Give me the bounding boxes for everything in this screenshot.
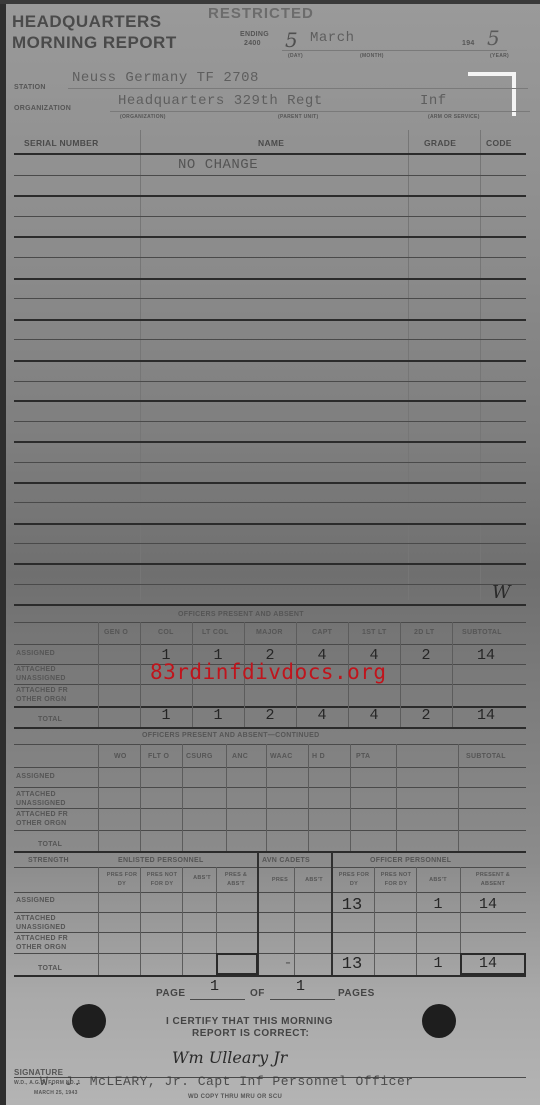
row-total-strength: TOTAL — [38, 965, 62, 972]
page-number: 1 — [210, 978, 219, 995]
certify-line-1: I CERTIFY THAT THIS MORNING — [166, 1016, 333, 1027]
col-wo: WO — [114, 753, 127, 760]
total-subtotal: 14 — [466, 707, 506, 724]
rule — [14, 892, 526, 893]
total-1st-lt: 4 — [354, 707, 394, 724]
classification-stamp: RESTRICTED — [208, 5, 314, 22]
col-divider — [396, 744, 397, 851]
col-divider — [98, 622, 99, 727]
row-assigned-strength: ASSIGNED — [16, 897, 55, 904]
col-off-abst: ABS'T — [418, 877, 458, 883]
ending-time: 2400 — [244, 40, 261, 47]
col-divider — [374, 867, 375, 975]
total-off-abst: 1 — [418, 955, 458, 972]
total-capt: 4 — [302, 707, 342, 724]
rule — [14, 421, 526, 422]
rule — [14, 175, 526, 176]
row-total-continued: TOTAL — [38, 841, 62, 848]
col-divider — [458, 744, 459, 851]
certify-line-2: REPORT IS CORRECT: — [192, 1028, 309, 1039]
margin-mark: W — [492, 582, 511, 603]
roster-entry: NO CHANGE — [178, 157, 258, 173]
rule — [14, 975, 526, 977]
col-name: NAME — [258, 138, 284, 148]
total-col: 1 — [146, 707, 186, 724]
year-sublabel: (YEAR) — [490, 53, 509, 59]
strength-label: STRENGTH — [28, 857, 69, 864]
page-label: PAGE — [156, 988, 186, 999]
of-label: OF — [250, 988, 265, 999]
rule — [14, 953, 526, 954]
col-divider — [182, 867, 183, 975]
col-enl-abst: ABS'T — [184, 875, 220, 881]
col-enl-pres-not-for-dy: PRES NOT FOR DY — [144, 871, 180, 889]
handwritten-signature: Wm Ulleary Jr — [172, 1048, 287, 1067]
rule — [14, 153, 526, 155]
col-divider — [400, 622, 401, 727]
roster-divider — [140, 130, 141, 600]
col-divider — [182, 744, 183, 851]
col-divider — [452, 622, 453, 727]
rule — [14, 462, 526, 463]
day-sublabel: (DAY) — [288, 53, 303, 59]
assigned-off-present-absent: 14 — [468, 896, 508, 913]
rule — [14, 787, 526, 788]
form-date: MARCH 25, 1943 — [34, 1090, 78, 1096]
rule — [14, 563, 526, 565]
col-enl-pres-for-dy: PRES FOR DY — [104, 871, 140, 889]
col-divider — [98, 744, 99, 851]
rule — [14, 851, 526, 853]
total-lt-col: 1 — [198, 707, 238, 724]
rule — [14, 932, 526, 933]
row-attached-unassigned: ATTACHED UNASSIGNED — [16, 665, 96, 683]
row-assigned: ASSIGNED — [16, 650, 55, 657]
row-attached-unassigned-strength: ATTACHED UNASSIGNED — [16, 914, 96, 932]
corner-mark — [468, 72, 516, 116]
col-divider — [98, 867, 99, 975]
col-divider — [308, 744, 309, 851]
col-col: COL — [158, 629, 174, 636]
rule — [14, 604, 526, 606]
total-avn-pres: - — [268, 955, 308, 972]
rule — [14, 867, 526, 868]
row-attached-fr-other: ATTACHED FR OTHER ORGN — [16, 686, 96, 704]
col-enl-pres-abst: PRES & ABS'T — [218, 871, 254, 889]
row-attached-fr-other-strength: ATTACHED FR OTHER ORGN — [16, 934, 96, 952]
col-subtotal-continued: SUBTOTAL — [466, 753, 506, 760]
col-capt: CAPT — [312, 629, 332, 636]
report-year: 5 — [487, 26, 500, 50]
rule — [14, 830, 526, 831]
col-hd: H D — [312, 753, 325, 760]
col-csurg: CSURG — [186, 753, 213, 760]
rule — [14, 584, 526, 585]
title-morning-report: MORNING REPORT — [12, 33, 177, 53]
rule — [14, 502, 526, 503]
total-major: 2 — [250, 707, 290, 724]
group-enlisted: ENLISTED PERSONNEL — [118, 857, 204, 864]
col-grade: GRADE — [424, 138, 456, 148]
morning-report-document: HEADQUARTERS MORNING REPORT RESTRICTED E… — [0, 0, 540, 1105]
station-label: STATION — [14, 84, 46, 91]
rule — [14, 257, 526, 258]
date-underline — [282, 50, 507, 51]
page-underline — [190, 999, 245, 1000]
organization-underline — [110, 111, 530, 112]
rule — [14, 195, 526, 197]
assigned-subtotal: 14 — [466, 647, 506, 664]
total-enl-pres-abst-box — [216, 953, 258, 975]
col-serial-number: SERIAL NUMBER — [24, 138, 99, 148]
title-headquarters: HEADQUARTERS — [12, 12, 162, 32]
rule — [14, 744, 526, 745]
organization-label: ORGANIZATION — [14, 105, 71, 112]
col-flt-o: FLT O — [148, 753, 169, 760]
rule — [14, 808, 526, 809]
arm-sublabel: (ARM OR SERVICE) — [428, 114, 480, 120]
punch-hole-right — [422, 1004, 456, 1038]
rule — [14, 441, 526, 443]
col-divider — [226, 744, 227, 851]
pages-underline — [270, 999, 335, 1000]
col-off-present-absent: PRESENT & ABSENT — [464, 871, 522, 889]
col-lt-col: LT COL — [202, 629, 229, 636]
total-off-present-absent: 14 — [468, 955, 508, 972]
col-off-pres-for-dy: PRES FOR DY — [334, 871, 374, 889]
pages-label: PAGES — [338, 988, 375, 999]
organization-value: Headquarters 329th Regt — [118, 93, 323, 109]
rule — [14, 298, 526, 299]
org-sublabel: (ORGANIZATION) — [120, 114, 166, 120]
group-avn-cadets: AVN CADETS — [262, 857, 310, 864]
row-assigned-continued: ASSIGNED — [16, 773, 55, 780]
col-code: CODE — [486, 138, 512, 148]
report-month: March — [310, 30, 355, 46]
group-officer: OFFICER PERSONNEL — [370, 857, 451, 864]
roster-divider — [408, 130, 409, 600]
ending-label: ENDING — [240, 31, 269, 38]
row-attached-fr-other-continued: ATTACHED FR OTHER ORGN — [16, 810, 96, 828]
rule — [14, 381, 526, 382]
col-subtotal: SUBTOTAL — [462, 629, 502, 636]
row-attached-unassigned-continued: ATTACHED UNASSIGNED — [16, 790, 96, 808]
pages-total: 1 — [296, 978, 305, 995]
officers-continued-title: OFFICERS PRESENT AND ABSENT—CONTINUED — [142, 732, 319, 739]
col-divider — [416, 867, 417, 975]
assigned-off-pres-for-dy: 13 — [332, 896, 372, 915]
col-2d-lt: 2D LT — [414, 629, 434, 636]
col-anc: ANC — [232, 753, 248, 760]
rule — [14, 543, 526, 544]
col-divider — [350, 744, 351, 851]
col-avn-pres: PRES — [262, 877, 298, 883]
rule — [14, 684, 526, 685]
assigned-off-abst: 1 — [418, 896, 458, 913]
col-divider — [140, 867, 141, 975]
rule — [14, 400, 526, 402]
month-sublabel: (MONTH) — [360, 53, 384, 59]
officers-table-title: OFFICERS PRESENT AND ABSENT — [178, 611, 304, 618]
watermark: 83rdinfdivdocs.org — [150, 660, 387, 684]
rule — [14, 319, 526, 321]
col-divider — [266, 744, 267, 851]
organization-arm: Inf — [420, 93, 447, 109]
col-divider — [140, 744, 141, 851]
rule — [14, 767, 526, 768]
station-underline — [68, 88, 528, 89]
col-1st-lt: 1ST LT — [362, 629, 387, 636]
assigned-2d-lt: 2 — [406, 647, 446, 664]
rule — [14, 216, 526, 217]
total-2d-lt: 2 — [406, 707, 446, 724]
form-id: W.D., A.G.O. Form No. 1 — [14, 1080, 80, 1086]
rule — [14, 482, 526, 484]
col-pta: PTA — [356, 753, 370, 760]
rule — [14, 622, 526, 623]
rule — [14, 727, 526, 729]
rule — [14, 360, 526, 362]
col-waac: WAAC — [270, 753, 293, 760]
rule — [14, 278, 526, 280]
report-day: 5 — [285, 28, 298, 52]
rule — [14, 523, 526, 525]
parent-sublabel: (PARENT UNIT) — [278, 114, 318, 120]
year-label: 194 — [462, 40, 475, 47]
col-major: MAJOR — [256, 629, 283, 636]
rule — [14, 236, 526, 238]
col-off-pres-not-for-dy: PRES NOT FOR DY — [376, 871, 416, 889]
rule — [14, 644, 526, 645]
col-avn-abst: ABS'T — [296, 877, 332, 883]
rule — [14, 339, 526, 340]
col-divider — [140, 622, 141, 727]
col-gen-o: GEN O — [104, 629, 128, 636]
roster-divider — [480, 130, 481, 600]
punch-hole-left — [72, 1004, 106, 1038]
total-off-pres-for-dy: 13 — [332, 955, 372, 974]
row-total: TOTAL — [38, 716, 62, 723]
station-value: Neuss Germany TF 2708 — [72, 70, 259, 86]
signature-typed: W. J. McLEARY, Jr. Capt Inf Personnel Of… — [40, 1074, 414, 1089]
distribution-note: WD COPY THRU MRU OR SCU — [188, 1094, 282, 1100]
